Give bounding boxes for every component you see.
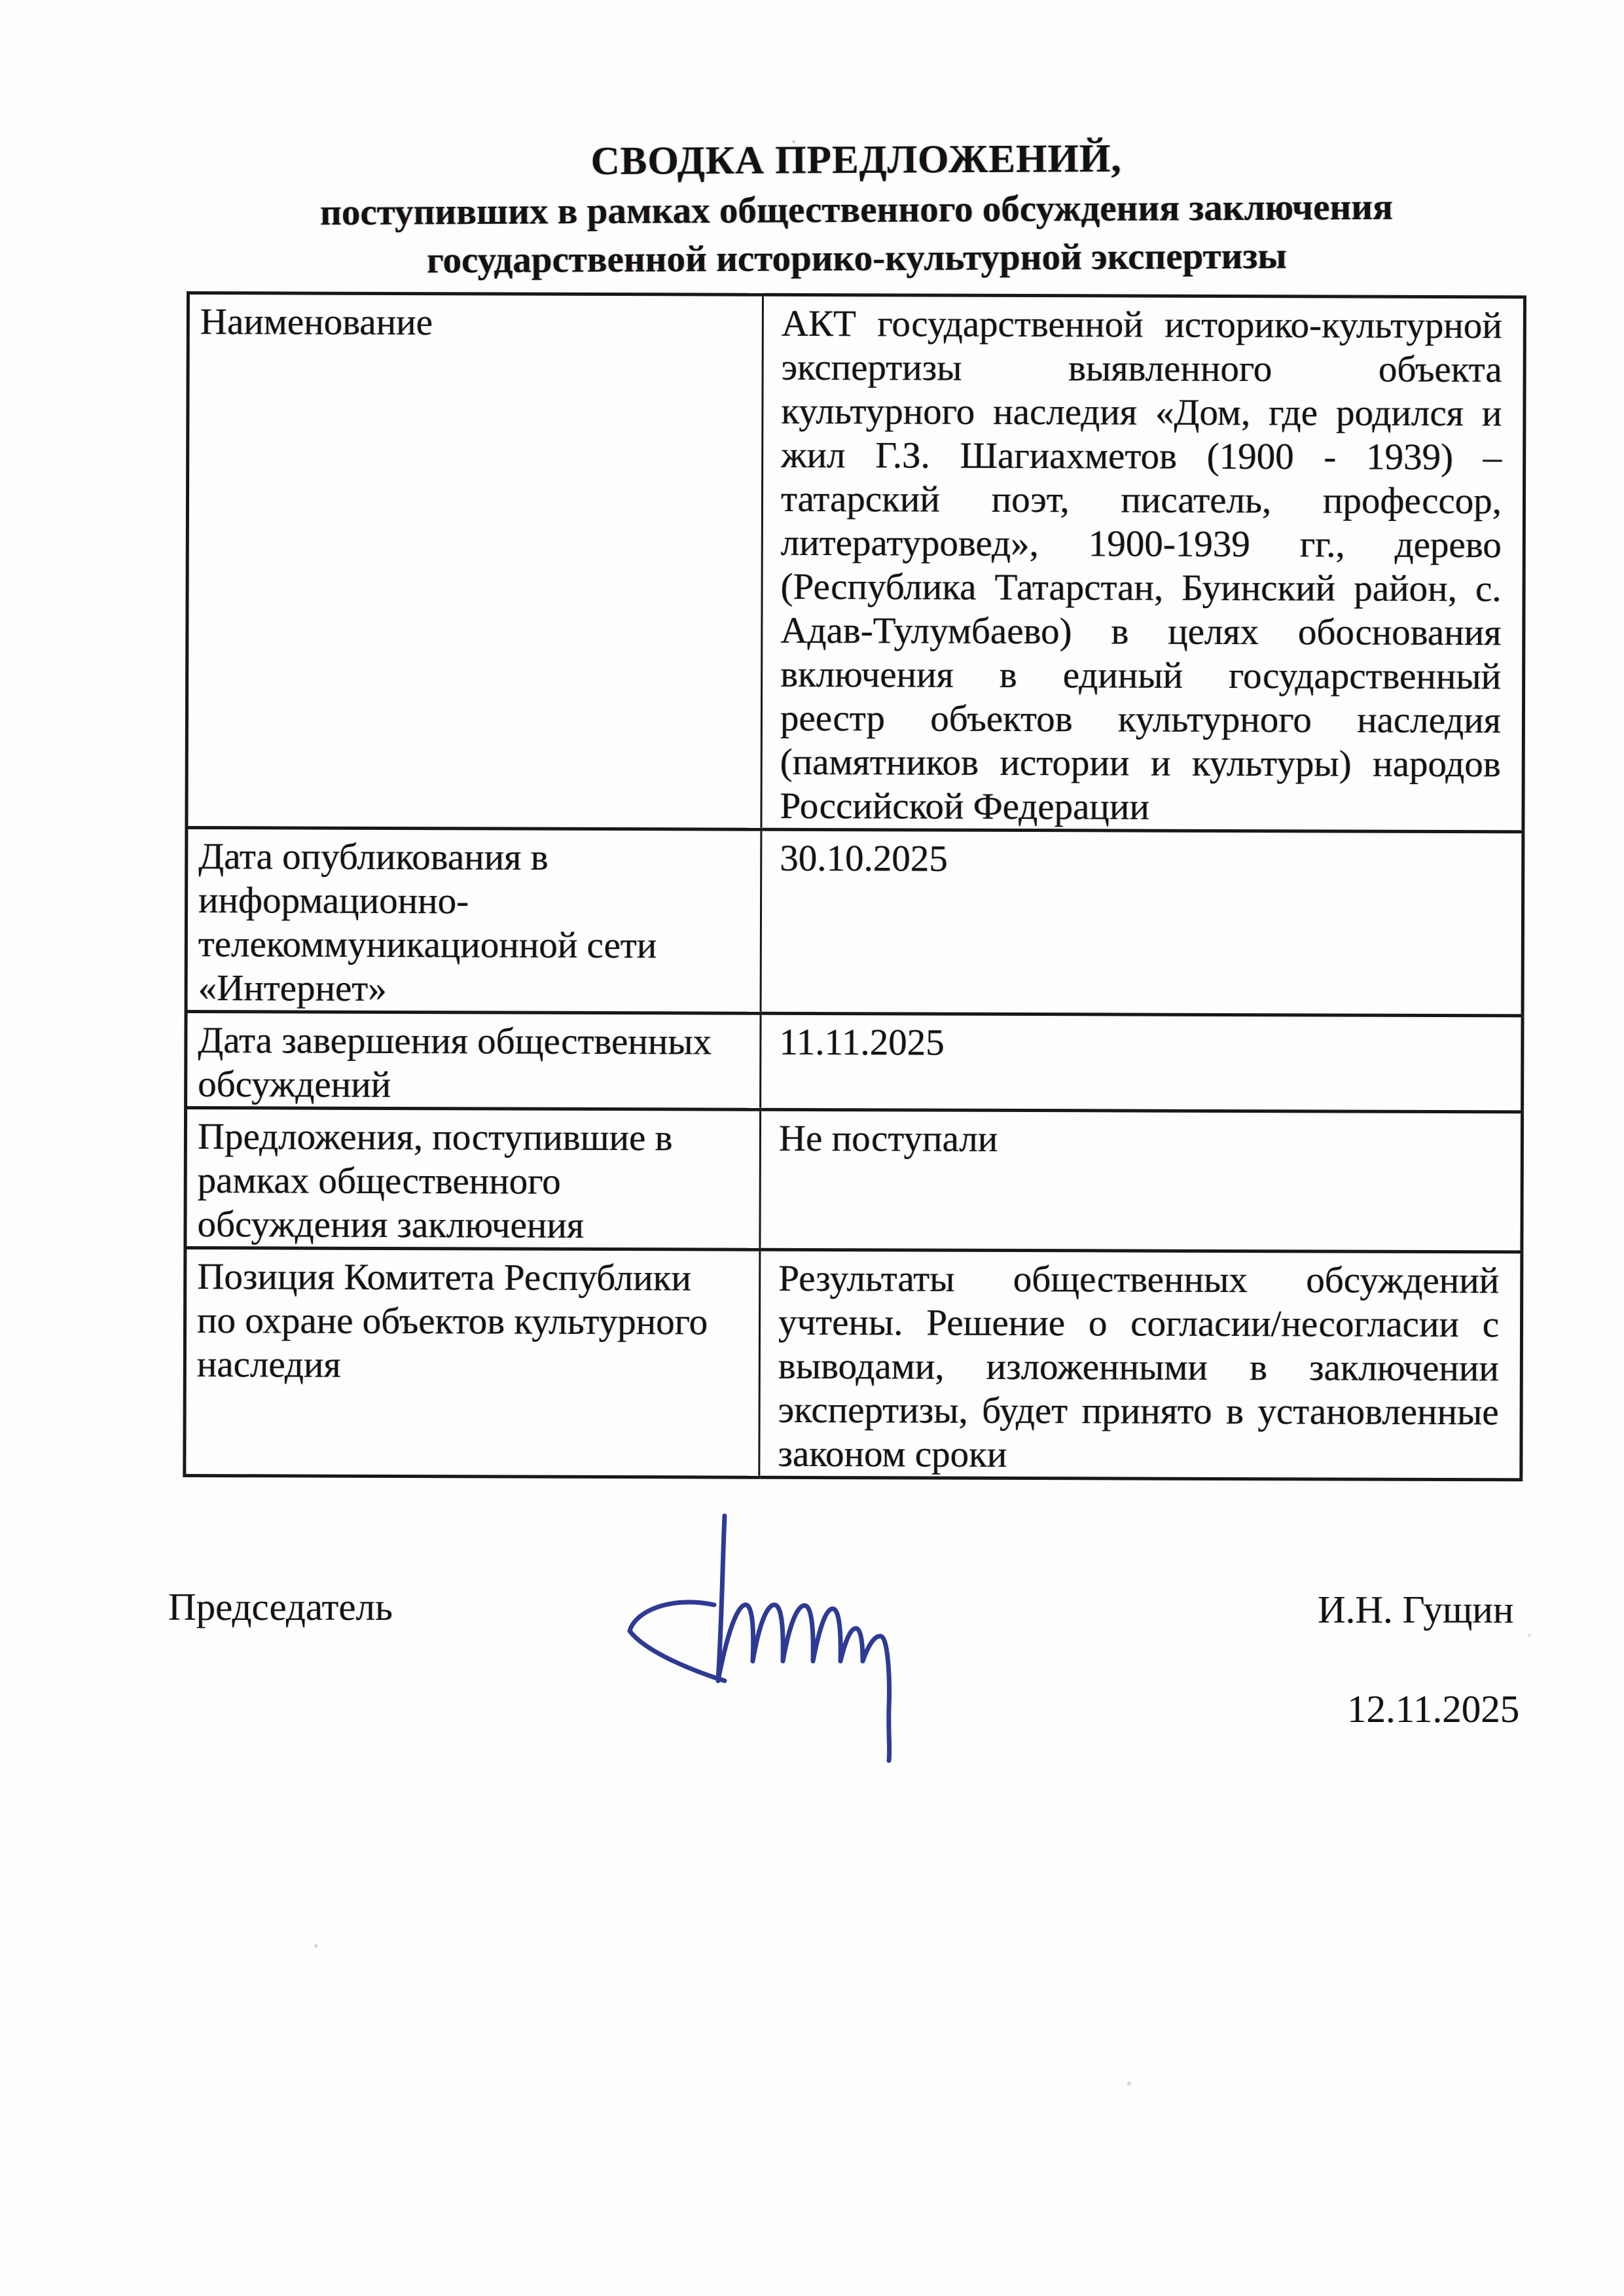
signature-ink: [589, 1492, 956, 1780]
title-line-1: СВОДКА ПРЕДЛОЖЕНИЙ,: [186, 132, 1526, 190]
title-line-3: государственной историко-культурной эксп…: [187, 231, 1526, 287]
row-value: Результаты общественных обсуждений учтен…: [759, 1249, 1522, 1480]
row-value: Не поступали: [760, 1109, 1523, 1252]
scan-speck: [1127, 2081, 1131, 2085]
scan-speck: [314, 1944, 318, 1948]
signature-date: 12.11.2025: [1347, 1686, 1519, 1732]
table-row: Позиция Комитета Республики по охране об…: [185, 1248, 1522, 1480]
scan-speck: [792, 140, 795, 143]
row-value: АКТ государственной историко-культурной …: [761, 295, 1525, 832]
scan-speck: [1528, 1634, 1531, 1637]
table-row: Дата завершения общественных обсуждений …: [186, 1012, 1523, 1112]
signature-role: Председатель: [168, 1584, 393, 1630]
row-label: Предложения, поступившие в рамках общест…: [185, 1108, 761, 1250]
summary-table: Наименование АКТ государственной историк…: [183, 291, 1526, 1481]
title-line-2: поступивших в рамках общественного обсуж…: [187, 183, 1526, 238]
row-label: Позиция Комитета Республики по охране об…: [185, 1248, 760, 1478]
table-row: Дата опубликования в информационно-телек…: [186, 828, 1523, 1016]
row-label: Дата завершения общественных обсуждений: [186, 1012, 761, 1110]
signatory-name: И.Н. Гущин: [1318, 1587, 1513, 1632]
table-row: Предложения, поступившие в рамках общест…: [185, 1108, 1523, 1252]
table-row: Наименование АКТ государственной историк…: [187, 293, 1525, 832]
row-value: 11.11.2025: [761, 1013, 1523, 1112]
row-label: Наименование: [187, 293, 763, 830]
row-value: 30.10.2025: [761, 829, 1523, 1016]
row-label: Дата опубликования в информационно-телек…: [186, 828, 761, 1014]
scanned-document-page: СВОДКА ПРЕДЛОЖЕНИЙ, поступивших в рамках…: [0, 0, 1624, 2296]
document-title: СВОДКА ПРЕДЛОЖЕНИЙ, поступивших в рамках…: [186, 132, 1526, 287]
